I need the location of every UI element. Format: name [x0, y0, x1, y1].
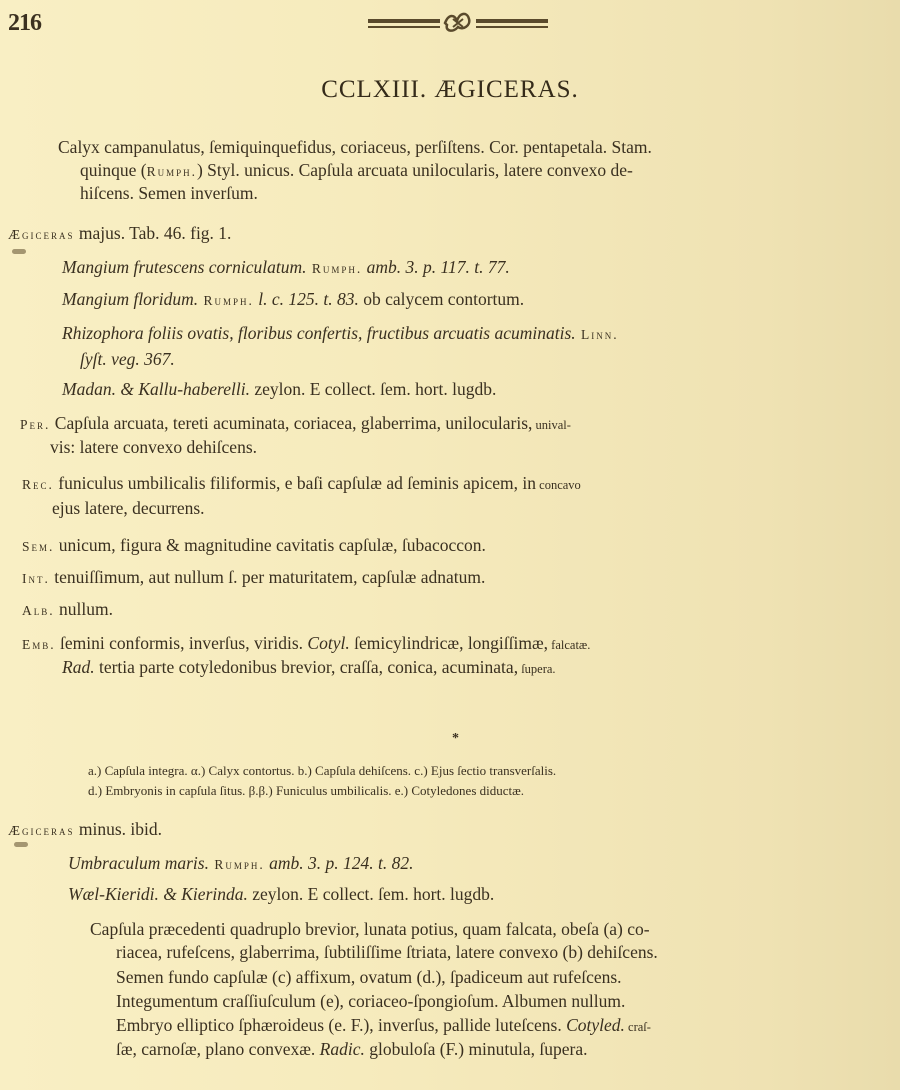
headpiece-ornament-icon: [368, 14, 548, 36]
synonym-line: Wæl-Kieridi. & Kierinda. zeylon. E colle…: [68, 883, 494, 905]
part-rec: Rec. funiculus umbilicalis filiformis, e…: [22, 472, 581, 496]
description-line: Embryo elliptico ſphæroideus (e. F.), in…: [116, 1014, 651, 1038]
species-heading-minus: Ægiceras minus. ibid.: [8, 818, 162, 842]
page-number: 216: [8, 10, 41, 37]
synonym-line: Umbraculum maris. Rumph. amb. 3. p. 124.…: [68, 852, 414, 876]
description-line: Capſula præcedenti quadruplo brevior, lu…: [90, 918, 650, 940]
description-line: riacea, rufeſcens, glaberrima, ſubtiliſſ…: [116, 941, 658, 963]
description-line: Semen fundo capſulæ (c) affixum, ovatum …: [116, 966, 622, 988]
part-int: Int. tenuiſſimum, aut nullum ſ. per matu…: [22, 566, 485, 590]
part-sem: Sem. unicum, figura & magnitudine cavita…: [22, 534, 486, 558]
part-emb: Emb. ſemini conformis, inverſus, viridis…: [22, 632, 590, 656]
part-emb-cont: Rad. tertia parte cotyledonibus brevior,…: [62, 656, 556, 680]
part-alb: Alb. nullum.: [22, 598, 113, 622]
description-line: Integumentum craſſiuſculum (e), coriaceo…: [116, 990, 625, 1012]
book-page: 216 CCLXIII. ÆGICERAS. Calyx campanulatu…: [0, 0, 900, 1090]
figure-note-line-1: a.) Capſula integra. α.) Calyx contortus…: [88, 760, 556, 782]
part-per-cont: vis: latere convexo dehiſcens.: [50, 436, 257, 458]
genus-desc-line-1: Calyx campanulatus, ſemiquinquefidus, co…: [58, 136, 652, 158]
synonym-line: Madan. & Kallu-haberelli. zeylon. E coll…: [62, 378, 496, 400]
part-per: Per. Capſula arcuata, tereti acuminata, …: [20, 412, 571, 436]
genus-desc-line-2: quinque (Rumph.) Styl. unicus. Capſula a…: [80, 159, 633, 183]
description-line: ſæ, carnoſæ, plano convexæ. Radic. globu…: [116, 1038, 588, 1060]
synonym-line-cont: ſyſt. veg. 367.: [80, 348, 175, 370]
synonym-line: Mangium frutescens corniculatum. Rumph. …: [62, 256, 510, 280]
species-heading-majus: Ægiceras majus. Tab. 46. fig. 1.: [8, 222, 231, 246]
section-separator: *: [452, 731, 459, 747]
synonym-line: Rhizophora foliis ovatis, floribus confe…: [62, 322, 619, 346]
figure-note-line-2: d.) Embryonis in capſula ſitus. β.β.) Fu…: [88, 780, 524, 802]
part-rec-cont: ejus latere, decurrens.: [52, 497, 205, 519]
synonym-line: Mangium floridum. Rumph. l. c. 125. t. 8…: [62, 288, 524, 312]
chapter-title: CCLXIII. ÆGICERAS.: [0, 76, 900, 104]
genus-desc-line-3: hiſcens. Semen inverſum.: [80, 182, 258, 204]
